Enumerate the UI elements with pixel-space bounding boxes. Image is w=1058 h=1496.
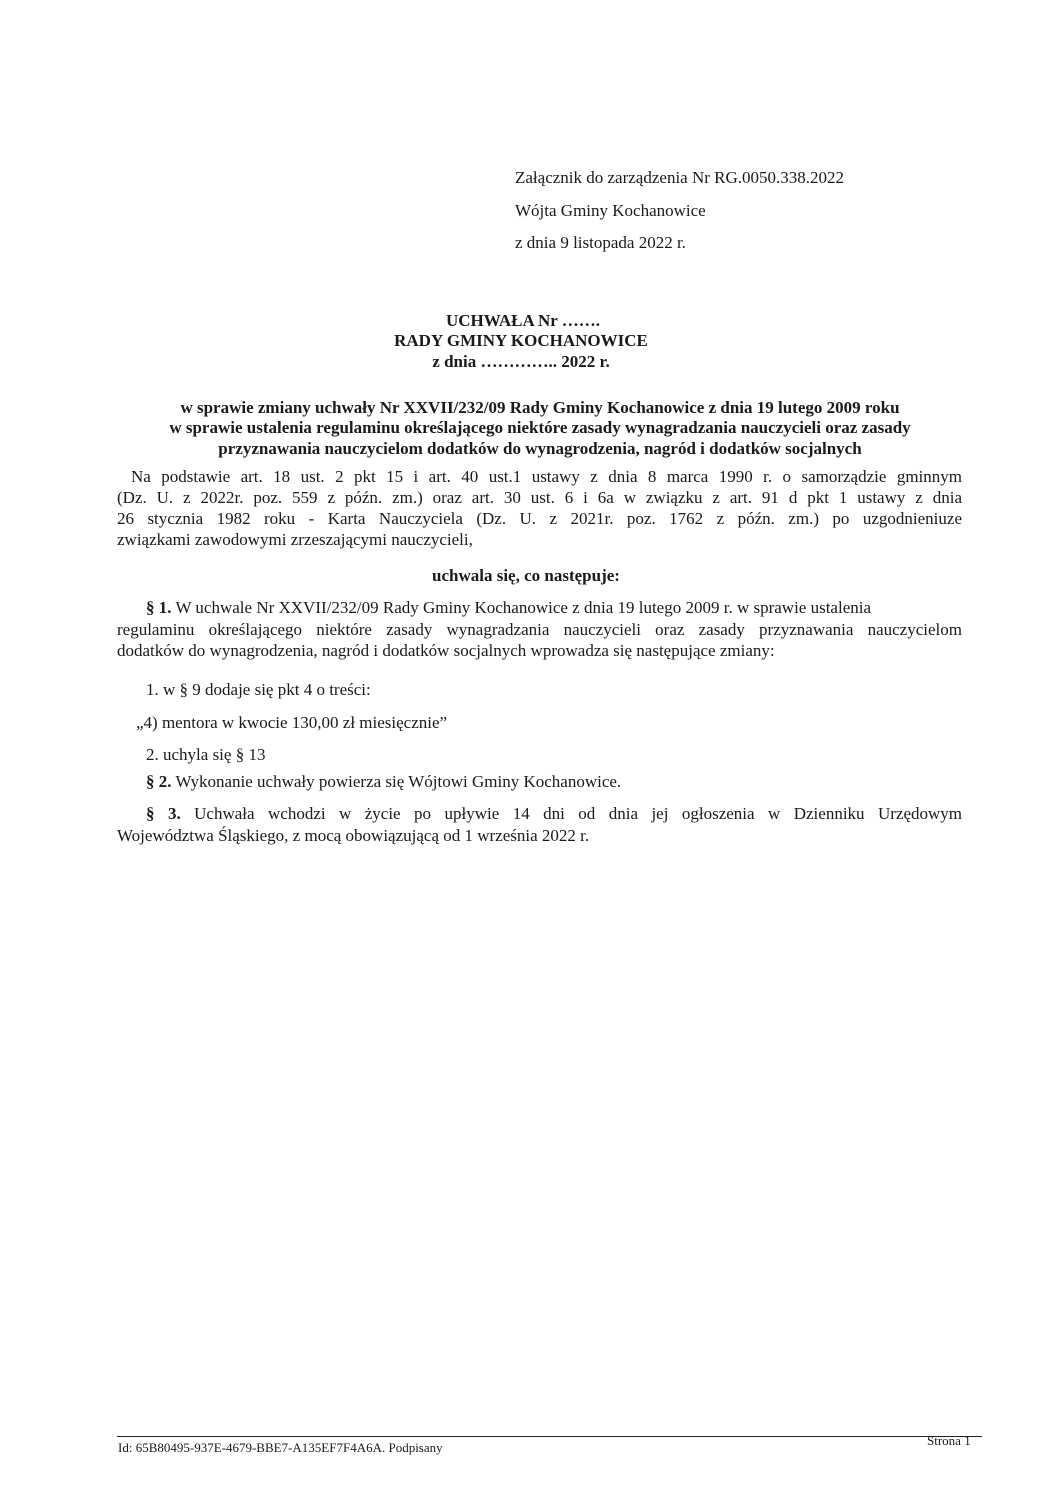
- resolves-heading: uchwala się, co następuje:: [432, 566, 620, 586]
- attachment-line-1: Załącznik do zarządzenia Nr RG.0050.338.…: [515, 168, 844, 188]
- resolution-date: z dnia ………….. 2022 r.: [0, 352, 1050, 372]
- amendment-item-1: 1. w § 9 dodaje się pkt 4 o treści:: [146, 680, 371, 700]
- paragraph-1-line-2: regulaminu określającego niektóre zasady…: [117, 620, 962, 640]
- paragraph-3-text: Uchwała wchodzi w życie po upływie 14 dn…: [181, 804, 962, 823]
- subject-line-1: w sprawie zmiany uchwały Nr XXVII/232/09…: [100, 398, 980, 418]
- preamble-line-1: Na podstawie art. 18 ust. 2 pkt 15 i art…: [131, 467, 962, 487]
- resolution-number: UCHWAŁA Nr …….: [0, 311, 1052, 331]
- paragraph-1-text: W uchwale Nr XXVII/232/09 Rady Gminy Koc…: [172, 598, 872, 617]
- preamble-line-2: (Dz. U. z 2022r. poz. 559 z późn. zm.) o…: [117, 488, 962, 508]
- paragraph-1-line-1: § 1. W uchwale Nr XXVII/232/09 Rady Gmin…: [146, 598, 962, 618]
- attachment-line-3: z dnia 9 listopada 2022 r.: [515, 233, 686, 253]
- page-number: Strona 1: [927, 1433, 971, 1449]
- amendment-quote: „4) mentora w kwocie 130,00 zł miesięczn…: [136, 713, 447, 733]
- paragraph-3-line-1: § 3. Uchwała wchodzi w życie po upływie …: [146, 804, 962, 824]
- footer-divider: [117, 1436, 982, 1437]
- amendment-item-2: 2. uchyla się § 13: [146, 745, 265, 765]
- paragraph-3-line-2: Województwa Śląskiego, z mocą obowiązują…: [117, 826, 589, 846]
- paragraph-1-line-3: dodatków do wynagrodzenia, nagród i doda…: [117, 641, 775, 661]
- paragraph-2: § 2. Wykonanie uchwały powierza się Wójt…: [146, 772, 621, 792]
- preamble-line-3: 26 stycznia 1982 roku - Karta Nauczyciel…: [117, 509, 962, 529]
- document-id: Id: 65B80495-937E-4679-BBE7-A135EF7F4A6A…: [118, 1440, 443, 1456]
- paragraph-2-mark: § 2.: [146, 772, 172, 791]
- council-name: RADY GMINY KOCHANOWICE: [0, 331, 1050, 351]
- attachment-line-2: Wójta Gminy Kochanowice: [515, 201, 706, 221]
- subject-line-2: w sprawie ustalenia regulaminu określają…: [100, 418, 980, 438]
- paragraph-3-mark: § 3.: [146, 804, 181, 823]
- preamble-line-4: związkami zawodowymi zrzeszającymi naucz…: [117, 530, 473, 550]
- paragraph-2-text: Wykonanie uchwały powierza się Wójtowi G…: [172, 772, 622, 791]
- subject-line-3: przyznawania nauczycielom dodatków do wy…: [100, 439, 980, 459]
- paragraph-1-mark: § 1.: [146, 598, 172, 617]
